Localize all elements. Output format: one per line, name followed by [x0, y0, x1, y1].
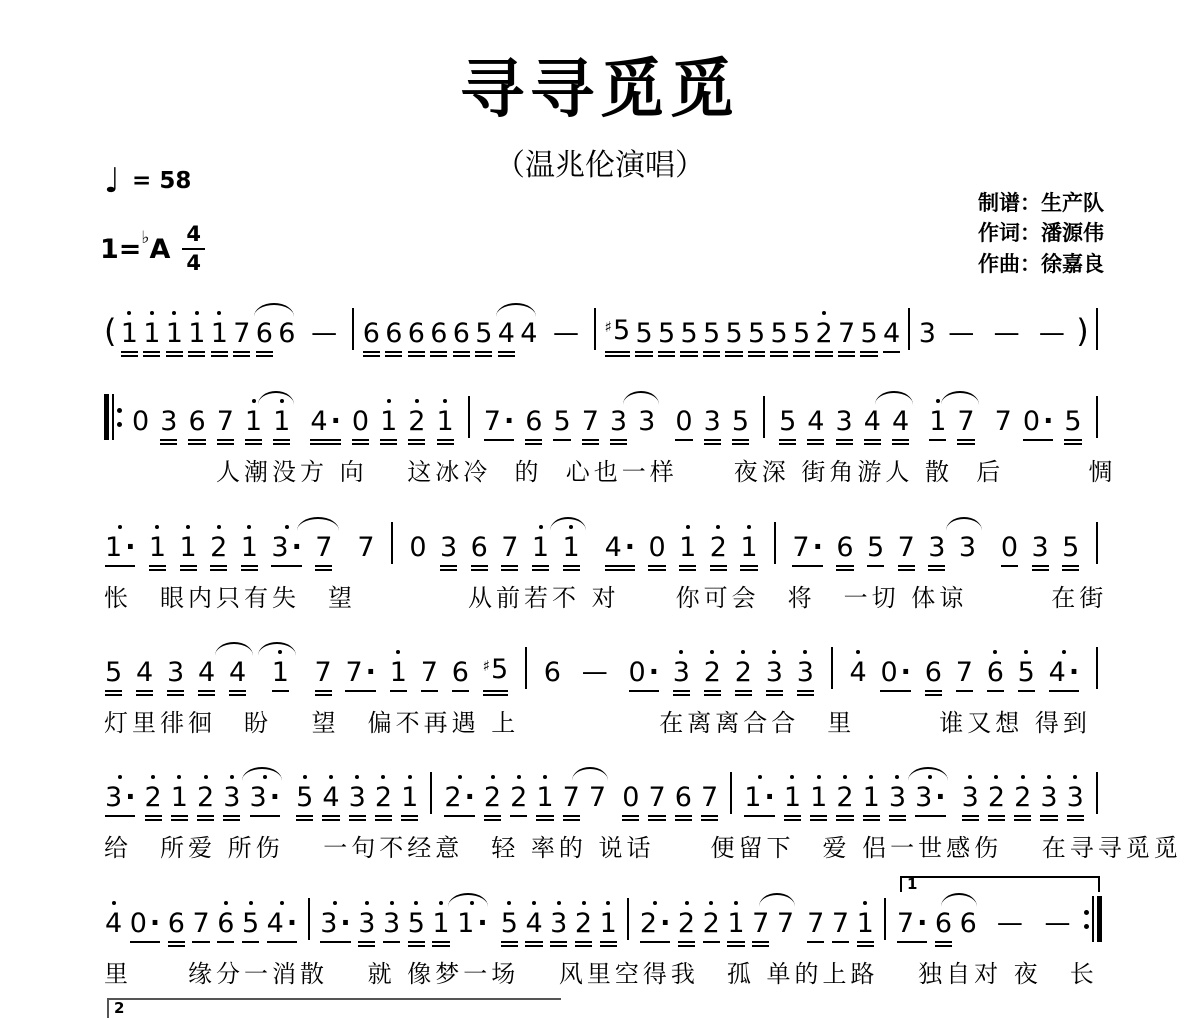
- note: 3: [357, 901, 376, 948]
- slur-arc: [254, 303, 294, 318]
- note: 3: [888, 775, 907, 822]
- note: 5: [657, 311, 676, 358]
- note: 3: [1066, 775, 1085, 822]
- key-prefix: 1=: [100, 234, 141, 265]
- repeat-begin-barline: [104, 394, 122, 440]
- dash-note: —: [994, 318, 1020, 348]
- note: 4: [135, 650, 154, 697]
- note: 4·: [266, 901, 298, 948]
- sharp-icon: ♯: [483, 651, 490, 681]
- note: 6: [959, 901, 978, 948]
- note: 7: [216, 399, 235, 446]
- slur-arc: [297, 517, 339, 532]
- note: 7: [314, 650, 333, 697]
- note: 6: [835, 525, 854, 572]
- note: 6: [187, 399, 206, 446]
- note: 6: [362, 311, 381, 358]
- note: 1·: [104, 525, 136, 572]
- barline: [884, 898, 886, 940]
- note: 3·: [104, 775, 136, 822]
- note: 1: [535, 775, 554, 822]
- barline: [831, 647, 833, 689]
- barline: [730, 772, 732, 814]
- note: 3: [765, 650, 784, 697]
- note: 7: [831, 901, 850, 948]
- note: 7·: [791, 525, 823, 572]
- note: 2: [209, 525, 228, 572]
- barline: [774, 522, 776, 564]
- note: 1: [148, 525, 167, 572]
- rest-note: 0: [1000, 525, 1019, 572]
- slur-arc: [623, 391, 659, 406]
- barline: [1096, 308, 1098, 350]
- note: ♯5: [482, 647, 509, 697]
- note: 3·: [319, 901, 351, 948]
- note: 4: [891, 399, 910, 446]
- note: 1: [599, 901, 618, 948]
- note: 6: [470, 525, 489, 572]
- note: 1: [562, 525, 581, 572]
- barline: [1096, 647, 1098, 689]
- barline: [430, 772, 432, 814]
- parenthesis: ): [1076, 312, 1088, 350]
- note: 6: [924, 650, 943, 697]
- note: 1: [531, 525, 550, 572]
- note: 1: [726, 901, 745, 948]
- volta-2-label: 2: [114, 999, 124, 1017]
- note-row: 3·21233·543212·2217707671·112133·32233: [104, 766, 1102, 822]
- augmentation-dot: ·: [340, 909, 350, 939]
- augmentation-dot: ·: [366, 658, 376, 688]
- augmentation-dot: ·: [660, 909, 670, 939]
- music-system-6: 1 40·67654·3·33511·543212·221777717·66——…: [104, 892, 1102, 989]
- note: 2·: [443, 775, 475, 822]
- lyric-row: 人潮没方 向 这冰冷 的 心也一样 夜深 街角游人 散 后 惆: [104, 452, 1102, 487]
- note: 3: [439, 525, 458, 572]
- note: 3: [958, 525, 977, 572]
- note: 4·: [604, 525, 636, 572]
- music-system-1: (11111766—66666544—♯55555555527543———): [104, 302, 1102, 358]
- note: 2: [734, 650, 753, 697]
- dash-note: —: [553, 318, 579, 348]
- slur-arc: [946, 517, 982, 532]
- note: 4: [524, 901, 543, 948]
- key-signature: 1= ♭ A 4 4: [100, 224, 205, 274]
- note: 4: [497, 311, 516, 358]
- note: 7: [314, 525, 333, 572]
- repeat-end-barline: [1084, 896, 1102, 942]
- barline: [763, 396, 765, 438]
- note: 5: [1061, 525, 1080, 572]
- note: 5: [792, 311, 811, 358]
- note: 3: [961, 775, 980, 822]
- note: 4: [882, 311, 901, 358]
- note: 2: [677, 901, 696, 948]
- note: 7: [356, 525, 375, 572]
- rest-note: 0: [131, 399, 150, 446]
- note: 2: [509, 775, 528, 822]
- slur-arc: [448, 893, 488, 908]
- note: 1: [170, 775, 189, 822]
- note: 1: [210, 311, 229, 358]
- note-row: 54344177·176♯56—0·3223340·67654·: [104, 641, 1102, 697]
- barline: [908, 308, 910, 350]
- note: 3: [835, 399, 854, 446]
- note: 5: [500, 901, 519, 948]
- time-signature-bottom: 4: [186, 250, 201, 274]
- parenthesis: (: [104, 312, 116, 350]
- barline: [1096, 522, 1098, 564]
- note: 6: [167, 901, 186, 948]
- note: 6: [934, 901, 953, 948]
- note: 3: [609, 399, 628, 446]
- note: 3: [672, 650, 691, 697]
- note: 3: [166, 650, 185, 697]
- note: 4: [519, 311, 538, 358]
- note: 3: [637, 399, 656, 446]
- note: 7: [994, 399, 1013, 446]
- key-letter: A: [149, 234, 170, 265]
- quarter-note-icon: ♩: [104, 166, 120, 196]
- note: 1·: [743, 775, 775, 822]
- note: 2: [374, 775, 393, 822]
- rest-note: 0: [408, 525, 427, 572]
- note: 1: [120, 311, 139, 358]
- note: 3·: [270, 525, 302, 572]
- note: 7·: [344, 650, 376, 697]
- barline: [594, 308, 596, 350]
- note: 7: [806, 901, 825, 948]
- note: 2: [196, 775, 215, 822]
- barline: [391, 522, 393, 564]
- note: 2: [483, 775, 502, 822]
- note: 6: [384, 311, 403, 358]
- barline: [308, 898, 310, 940]
- augmentation-dot: ·: [917, 909, 927, 939]
- note: 7: [751, 901, 770, 948]
- note-row: 40·67654·3·33511·543212·221777717·66——: [104, 892, 1102, 948]
- note: 1: [179, 525, 198, 572]
- rest-note: 0·: [1022, 399, 1054, 446]
- note: 1: [400, 775, 419, 822]
- note: 3: [918, 311, 937, 358]
- note: 7: [420, 650, 439, 697]
- augmentation-dot: ·: [1069, 658, 1079, 688]
- note: 7: [956, 399, 975, 446]
- note: 4·: [1048, 650, 1080, 697]
- note: 5: [1063, 399, 1082, 446]
- note: 7: [232, 311, 251, 358]
- dash-note: —: [311, 318, 337, 348]
- note: 6: [451, 650, 470, 697]
- note: 6: [277, 311, 296, 358]
- barline: [352, 308, 354, 350]
- note: 4: [806, 399, 825, 446]
- volta-2-bracket: 2: [107, 998, 561, 1018]
- note: 7·: [896, 901, 928, 948]
- note: 6: [543, 650, 562, 697]
- note: 1: [165, 311, 184, 358]
- note: 7·: [483, 399, 515, 446]
- note: 2: [407, 399, 426, 446]
- note: 5: [778, 399, 797, 446]
- note: 7: [837, 311, 856, 358]
- augmentation-dot: ·: [764, 783, 774, 813]
- barline: [1096, 772, 1098, 814]
- note: 1: [678, 525, 697, 572]
- slur-arc: [759, 893, 795, 908]
- augmentation-dot: ·: [465, 783, 475, 813]
- note: 1: [272, 399, 291, 446]
- note: 2: [702, 901, 721, 948]
- barline: [468, 396, 470, 438]
- note: 4: [197, 650, 216, 697]
- credit-lyricist: 作词：潘源伟: [978, 218, 1104, 248]
- note: 1: [739, 525, 758, 572]
- note: 7: [500, 525, 519, 572]
- augmentation-dot: ·: [150, 909, 160, 939]
- note: 4·: [309, 399, 341, 446]
- note: 1: [271, 650, 290, 697]
- note: 1: [142, 311, 161, 358]
- note-row: (11111766—66666544—♯55555555527543———): [104, 302, 1102, 358]
- note: 6: [216, 901, 235, 948]
- rest-note: 0·: [628, 650, 660, 697]
- page-title: 寻寻觅觅: [0, 38, 1200, 130]
- note: 7: [700, 775, 719, 822]
- note: 1: [240, 525, 259, 572]
- note: 5: [866, 525, 885, 572]
- note: 7: [776, 901, 795, 948]
- barline: [1096, 396, 1098, 438]
- dash-note: —: [948, 318, 974, 348]
- slur-arc: [941, 391, 979, 406]
- note: 5: [731, 399, 750, 446]
- note: 6: [674, 775, 693, 822]
- note: 5: [769, 311, 788, 358]
- note: 1: [244, 399, 263, 446]
- note: 6: [452, 311, 471, 358]
- note: 6: [524, 399, 543, 446]
- credit-arranger: 制谱：生产队: [978, 188, 1104, 218]
- note: 3: [159, 399, 178, 446]
- note: 2·: [639, 901, 671, 948]
- note-row: 0367114·01217·65733035543441770·5: [104, 390, 1102, 446]
- augmentation-dot: ·: [813, 533, 823, 563]
- augmentation-dot: ·: [287, 909, 297, 939]
- note: 2: [814, 311, 833, 358]
- sheet-music-page: 寻寻觅觅 （温兆伦演唱） ♩ = 58 1= ♭ A 4 4 制谱：生产队 作词…: [0, 0, 1200, 1018]
- lyric-row: 给 所爱 所伤 一句不经意 轻 率的 说话 便留下 爱 侣一世感伤 在寻寻觅觅: [104, 828, 1102, 863]
- note: 1: [431, 901, 450, 948]
- volta-1-bracket: 1: [900, 876, 1100, 892]
- note: 3·: [914, 775, 946, 822]
- note: 6: [407, 311, 426, 358]
- note: 4: [321, 775, 340, 822]
- barline: [627, 898, 629, 940]
- note: 5: [474, 311, 493, 358]
- dash-note: —: [582, 657, 608, 687]
- note: 6: [429, 311, 448, 358]
- note: 3: [222, 775, 241, 822]
- augmentation-dot: ·: [125, 783, 135, 813]
- note: 1: [783, 775, 802, 822]
- music-system-5: 3·21233·543212·2217707671·112133·32233 给…: [104, 766, 1102, 863]
- music-system-2: 0367114·01217·65733035543441770·5 人潮没方 向…: [104, 390, 1102, 487]
- note: 3: [1031, 525, 1050, 572]
- augmentation-dot: ·: [270, 783, 280, 813]
- note: 4: [104, 901, 123, 948]
- augmentation-dot: ·: [477, 909, 487, 939]
- dash-note: —: [1039, 318, 1065, 348]
- note: 3: [1039, 775, 1058, 822]
- note: ♯5: [604, 308, 631, 358]
- note: 1: [809, 775, 828, 822]
- slur-arc: [496, 303, 536, 318]
- note: 5: [859, 311, 878, 358]
- barline: [525, 647, 527, 689]
- note: 1: [389, 650, 408, 697]
- note: 1: [928, 399, 947, 446]
- note: 5: [724, 311, 743, 358]
- note: 5: [1017, 650, 1036, 697]
- augmentation-dot: ·: [331, 407, 341, 437]
- rest-note: 0: [674, 399, 693, 446]
- note: 7: [955, 650, 974, 697]
- slur-arc: [242, 767, 282, 782]
- rest-note: 0: [621, 775, 640, 822]
- augmentation-dot: ·: [125, 533, 135, 563]
- note: 7: [581, 399, 600, 446]
- time-signature: 4 4: [182, 224, 205, 274]
- rest-note: 0·: [879, 650, 911, 697]
- note: 4: [863, 399, 882, 446]
- note: 3: [927, 525, 946, 572]
- note: 3: [348, 775, 367, 822]
- credits-block: 制谱：生产队 作词：潘源伟 作曲：徐嘉良: [978, 188, 1104, 279]
- note: 2: [709, 525, 728, 572]
- note: 1: [187, 311, 206, 358]
- note: 4: [228, 650, 247, 697]
- note: 7: [588, 775, 607, 822]
- rest-note: 0: [351, 399, 370, 446]
- note: 5: [295, 775, 314, 822]
- augmentation-dot: ·: [504, 407, 514, 437]
- note: 5: [702, 311, 721, 358]
- note: 5: [407, 901, 426, 948]
- augmentation-dot: ·: [649, 658, 659, 688]
- slur-arc: [875, 391, 913, 406]
- slur-arc: [572, 767, 608, 782]
- dash-note: —: [1044, 908, 1070, 938]
- note: 5: [747, 311, 766, 358]
- note: 4: [848, 650, 867, 697]
- tempo-marking: ♩ = 58: [104, 166, 191, 196]
- note: 5: [634, 311, 653, 358]
- time-signature-top: 4: [182, 224, 205, 250]
- note: 3: [382, 901, 401, 948]
- augmentation-dot: ·: [292, 533, 302, 563]
- rest-note: 0: [647, 525, 666, 572]
- music-system-3: 1·11213·770367114·01217·65733035 怅 眼内只有失…: [104, 516, 1102, 613]
- note: 7: [191, 901, 210, 948]
- note: 6: [986, 650, 1005, 697]
- note: 1·: [456, 901, 488, 948]
- note: 5: [241, 901, 260, 948]
- note: 2: [987, 775, 1006, 822]
- rest-note: 0·: [129, 901, 161, 948]
- note: 5: [679, 311, 698, 358]
- note: 2: [574, 901, 593, 948]
- tempo-value: = 58: [132, 168, 191, 194]
- note: 2: [703, 650, 722, 697]
- note: 3·: [249, 775, 281, 822]
- note: 6: [255, 311, 274, 358]
- slur-arc: [215, 642, 253, 657]
- slur-arc: [550, 517, 586, 532]
- dash-note: —: [997, 908, 1023, 938]
- note: 7: [562, 775, 581, 822]
- sharp-icon: ♯: [605, 312, 612, 342]
- augmentation-dot: ·: [935, 783, 945, 813]
- flat-icon: ♭: [141, 228, 149, 248]
- lyric-row: 灯里徘徊 盼 望 偏不再遇 上 在离离合合 里 谁又想 得到: [104, 703, 1102, 738]
- slur-arc: [258, 642, 296, 657]
- note: 2: [835, 775, 854, 822]
- note: 3: [549, 901, 568, 948]
- music-system-4: 54344177·176♯56—0·3223340·67654· 灯里徘徊 盼 …: [104, 641, 1102, 738]
- lyric-row: 里 缘分一消散 就 像梦一场 风里空得我 孤 单的上路 独自对 夜 长: [104, 954, 1102, 989]
- lyric-row: 怅 眼内只有失 望 从前若不 对 你可会 将 一切 体谅 在街: [104, 578, 1102, 613]
- note: 7: [897, 525, 916, 572]
- augmentation-dot: ·: [1043, 407, 1053, 437]
- note: 2: [1013, 775, 1032, 822]
- credit-composer: 作曲：徐嘉良: [978, 249, 1104, 279]
- augmentation-dot: ·: [901, 658, 911, 688]
- note: 5: [552, 399, 571, 446]
- note: 5: [104, 650, 123, 697]
- note: 1: [856, 901, 875, 948]
- slur-arc: [908, 767, 948, 782]
- slur-arc: [941, 893, 977, 908]
- note-row: 1·11213·770367114·01217·65733035: [104, 516, 1102, 572]
- note: 3: [796, 650, 815, 697]
- slur-arc: [258, 391, 294, 406]
- note: 7: [647, 775, 666, 822]
- note: 1: [862, 775, 881, 822]
- note: 3: [703, 399, 722, 446]
- note: 1: [379, 399, 398, 446]
- note: 1: [436, 399, 455, 446]
- augmentation-dot: ·: [625, 533, 635, 563]
- note: 2: [144, 775, 163, 822]
- volta-1-label: 1: [907, 875, 917, 893]
